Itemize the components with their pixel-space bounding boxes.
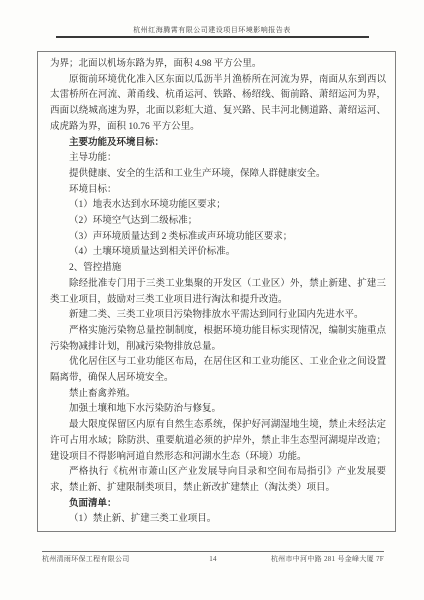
report-paragraph: （1）地表水达到水环境功能区要求； bbox=[50, 198, 386, 214]
report-paragraph: 负面清单： bbox=[50, 497, 386, 513]
report-paragraph: （3）声环境质量达到 2 类标准或声环境功能区要求； bbox=[50, 230, 386, 246]
footer-rule bbox=[42, 551, 384, 552]
report-content-box: 为界；北面以机场东路为界，面积 4.98 平方公里。原衙前环境优化准入区东面以瓜… bbox=[37, 51, 396, 532]
report-paragraph: 禁止畜禽养殖。 bbox=[50, 387, 386, 403]
report-paragraph: （4）土壤环境质量达到相关评价标准。 bbox=[50, 245, 386, 261]
footer-company-name: 杭州清雨环保工程有限公司 bbox=[42, 554, 209, 564]
report-paragraph: 加强土壤和地下水污染防治与修复。 bbox=[50, 402, 386, 418]
report-paragraph: 严格执行《杭州市萧山区产业发展导向目录和空间布局指引》产业发展要求，禁止新、扩建… bbox=[50, 465, 386, 496]
report-paragraph: 原衙前环境优化准入区东面以瓜沥半爿渔桥所在河流为界，南面从东到西以太雷桥所在河流… bbox=[50, 73, 386, 136]
footer-address: 杭州市中河中路 281 号金峰大厦 7F bbox=[217, 554, 384, 564]
footer-page-number: 14 bbox=[209, 555, 217, 563]
report-paragraph: 为界；北面以机场东路为界，面积 4.98 平方公里。 bbox=[50, 57, 386, 73]
report-paragraph: 优化居住区与工业功能区布局，在居住区和工业功能区、工业企业之间设置隔离带，确保人… bbox=[50, 355, 386, 386]
report-paragraph: （2）环境空气达到二级标准； bbox=[50, 214, 386, 230]
report-paragraph: 主导功能： bbox=[50, 151, 386, 167]
page-footer: 杭州清雨环保工程有限公司 14 杭州市中河中路 281 号金峰大厦 7F bbox=[42, 554, 384, 564]
report-paragraph: 新建二类、三类工业项目污染物排放水平需达到同行业国内先进水平。 bbox=[50, 308, 386, 324]
report-paragraph: 最大限度保留区内原有自然生态系统，保护好河湖湿地生境，禁止未经法定许可占用水域；… bbox=[50, 418, 386, 465]
header-rule bbox=[56, 36, 369, 38]
header-title: 杭州红海腾霄有限公司建设项目环境影响报告表 bbox=[0, 25, 424, 35]
report-paragraph: 2、管控措施 bbox=[50, 261, 386, 277]
report-paragraph: 主要功能及环境目标： bbox=[50, 136, 386, 152]
report-paragraph: 提供健康、安全的生活和工业生产环境，保障人群健康安全。 bbox=[50, 167, 386, 183]
report-paragraph: 环境目标： bbox=[50, 183, 386, 199]
report-page: 杭州红海腾霄有限公司建设项目环境影响报告表 为界；北面以机场东路为界，面积 4.… bbox=[0, 0, 424, 600]
report-paragraph: 严格实施污染物总量控制制度，根据环境功能目标实现情况，编制实施重点污染物减排计划… bbox=[50, 324, 386, 355]
report-paragraph: 除经批准专门用于三类工业集聚的开发区（工业区）外，禁止新建、扩建三类工业项目，鼓… bbox=[50, 277, 386, 308]
report-paragraph: （1）禁止新、扩建三类工业项目。 bbox=[50, 512, 386, 528]
